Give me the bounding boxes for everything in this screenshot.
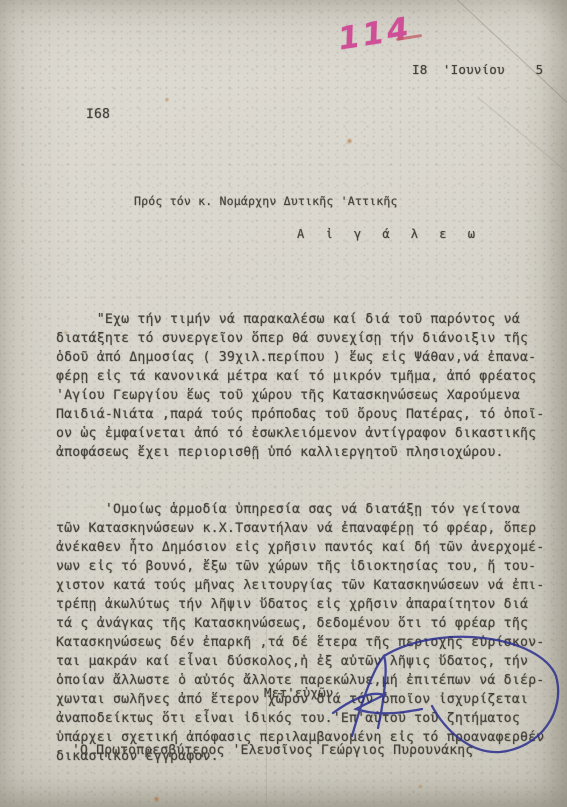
letter-date: Ι8 'Ιουνίου 5 bbox=[412, 62, 543, 77]
recipient-city: Α ἰ γ ά λ ε ω bbox=[297, 227, 482, 241]
protocol-number: Ι68 bbox=[86, 107, 110, 122]
signatory-name: 'Ο Πρωτοπρεσβύτερος 'Ελευσῖνος Γεώργιος … bbox=[72, 743, 473, 758]
archive-number-handwritten: 114 bbox=[336, 10, 414, 57]
foxing-stain bbox=[164, 97, 170, 102]
letter-body-paragraph-1: "Εχω τήν τιμήν νά παρακαλέσω καί διά τοῦ… bbox=[56, 310, 554, 462]
recipient-line: Πρός τόν κ. Νομάρχην Δυτικῆς 'Αττικῆς bbox=[134, 194, 398, 208]
paper-sheet: 114 Ι8 'Ιουνίου 5 Ι68 Πρός τόν κ. Νομάρχ… bbox=[0, 0, 567, 807]
signature-zigzag-stroke bbox=[333, 694, 422, 714]
signature-loop-stroke bbox=[384, 637, 558, 752]
foxing-stain bbox=[346, 138, 353, 144]
fold-crease-line-2 bbox=[477, 96, 567, 180]
